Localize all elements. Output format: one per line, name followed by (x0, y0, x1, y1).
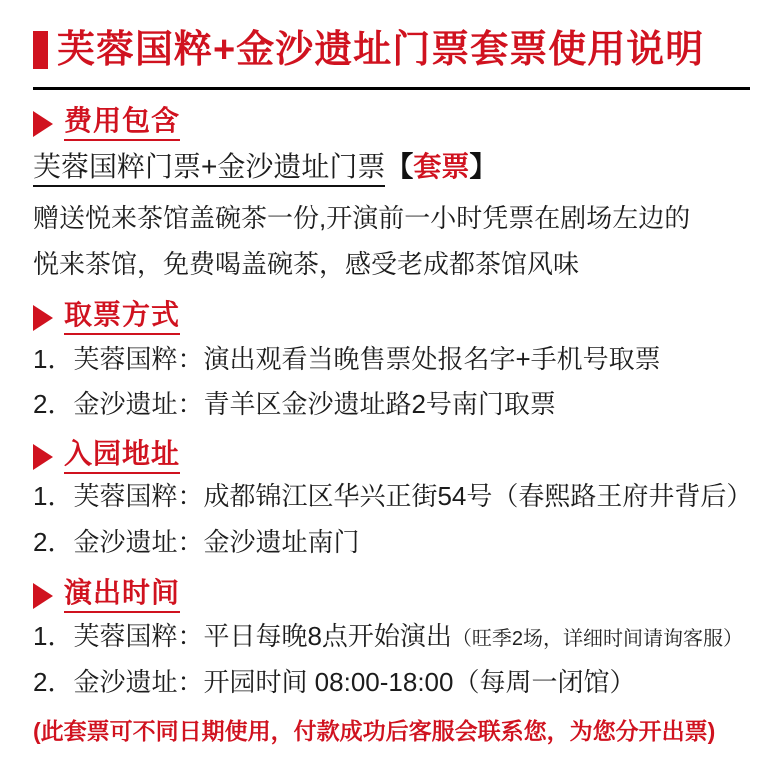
triangle-bullet-icon (33, 444, 53, 470)
pickup-item-2: 2．金沙遗址：青羊区金沙遗址路2号南门取票 (33, 388, 556, 420)
gift-description-line-1: 赠送悦来茶馆盖碗茶一份,开演前一小时凭票在剧场左边的 (33, 202, 690, 234)
section-heading-address: 入园地址 (33, 439, 180, 474)
section-heading-pickup: 取票方式 (33, 300, 180, 335)
showtime-item-1-main: 1．芙蓉国粹：平日每晚8点开始演出 (33, 621, 452, 651)
notice-header: 芙蓉国粹+金沙遗址门票套票使用说明 (33, 28, 704, 72)
package-highlight: 套票 (413, 151, 469, 182)
address-item-2: 2．金沙遗址：金沙遗址南门 (33, 526, 359, 558)
section-heading-fee: 费用包含 (33, 106, 180, 141)
triangle-bullet-icon (33, 583, 53, 609)
bracket-close: 】 (469, 151, 497, 182)
section-title: 演出时间 (64, 578, 180, 613)
page-title: 芙蓉国粹+金沙遗址门票套票使用说明 (57, 28, 704, 72)
address-item-1: 1．芙蓉国粹：成都锦江区华兴正街54号（春熙路王府井背后） (33, 480, 752, 512)
ticket-usage-notice: 芙蓉国粹+金沙遗址门票套票使用说明 费用包含 芙蓉国粹门票+金沙遗址门票【套票】… (0, 0, 780, 776)
bracket-open: 【 (385, 151, 413, 182)
triangle-bullet-icon (33, 305, 53, 331)
showtime-item-2: 2．金沙遗址：开园时间 08:00-18:00（每周一闭馆） (33, 666, 635, 698)
section-title: 取票方式 (64, 300, 180, 335)
pickup-item-1: 1．芙蓉国粹：演出观看当晚售票处报名字+手机号取票 (33, 343, 661, 375)
gift-description-line-2: 悦来茶馆，免费喝盖碗茶，感受老成都茶馆风味 (33, 248, 579, 280)
section-title: 入园地址 (64, 439, 180, 474)
showtime-item-1: 1．芙蓉国粹：平日每晚8点开始演出（旺季2场，详细时间请询客服） (33, 620, 743, 655)
footer-split-ticket-note: (此套票可不同日期使用，付款成功后客服会联系您，为您分开出票) (33, 716, 715, 746)
showtime-item-1-note: （旺季2场，详细时间请询客服） (452, 628, 743, 650)
red-accent-bar (33, 31, 48, 69)
triangle-bullet-icon (33, 111, 53, 137)
package-composition-line: 芙蓉国粹门票+金沙遗址门票【套票】 (33, 150, 497, 184)
header-divider (33, 87, 750, 90)
section-heading-showtime: 演出时间 (33, 578, 180, 613)
section-title: 费用包含 (64, 106, 180, 141)
package-tickets-text: 芙蓉国粹门票+金沙遗址门票 (33, 151, 385, 187)
